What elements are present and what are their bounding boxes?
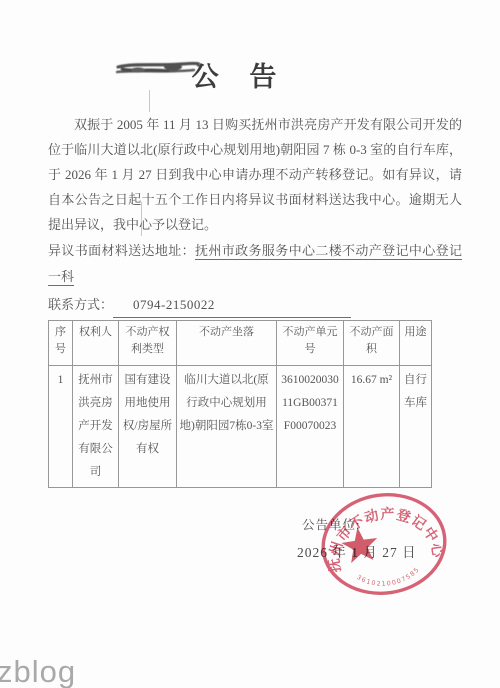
col-header-area: 不动产面积	[344, 321, 400, 366]
cell-usage: 自行车库	[400, 366, 432, 488]
contact-line: 联系方式：0794-2150022	[48, 292, 462, 318]
col-header-usage: 用途	[400, 321, 432, 366]
cell-seq: 1	[49, 366, 73, 488]
cell-unit-no: 361002003011GB00371F00070023	[277, 366, 344, 488]
table-header-row: 序号 权利人 不动产权利类型 不动产坐落 不动产单元号 不动产面积 用途	[49, 321, 432, 366]
watermark: zblog	[0, 654, 76, 688]
cell-location: 临川大道以北(原行政中心规划用地)朝阳园7栋0-3室	[177, 366, 277, 488]
col-header-owner: 权利人	[73, 321, 119, 366]
contact-phone: 0794-2150022	[113, 292, 351, 318]
objection-address-label: 异议书面材料送达地址：	[48, 243, 195, 258]
cell-right-type: 国有建设用地使用权/房屋所有权	[119, 366, 177, 488]
table-row: 1 抚州市洪亮房产开发有限公司 国有建设用地使用权/房屋所有权 临川大道以北(原…	[49, 366, 432, 488]
property-registration-table: 序号 权利人 不动产权利类型 不动产坐落 不动产单元号 不动产面积 用途 1 抚…	[48, 320, 432, 488]
objection-address-line: 异议书面材料送达地址：抚州市政务服务中心二楼不动产登记中心登记一科	[48, 238, 462, 290]
col-header-seq: 序号	[49, 321, 73, 366]
cell-area: 16.67 m²	[344, 366, 400, 488]
scanned-announcement-page: 公 告 双振于 2005 年 11 月 13 日购买抚州市洪亮房产开发有限公司开…	[0, 0, 500, 688]
cell-owner: 抚州市洪亮房产开发有限公司	[73, 366, 119, 488]
col-header-right-type: 不动产权利类型	[119, 321, 177, 366]
announcement-paragraph: 双振于 2005 年 11 月 13 日购买抚州市洪亮房产开发有限公司开发的位于…	[48, 112, 462, 237]
col-header-location: 不动产坐落	[177, 321, 277, 366]
contact-label: 联系方式：	[48, 297, 113, 312]
scan-artifact	[149, 90, 150, 112]
official-red-seal: 抚州市不动产登记中心 3610210007585	[309, 479, 459, 609]
col-header-unit-no: 不动产单元号	[277, 321, 344, 366]
page-title: 公 告	[0, 55, 480, 94]
